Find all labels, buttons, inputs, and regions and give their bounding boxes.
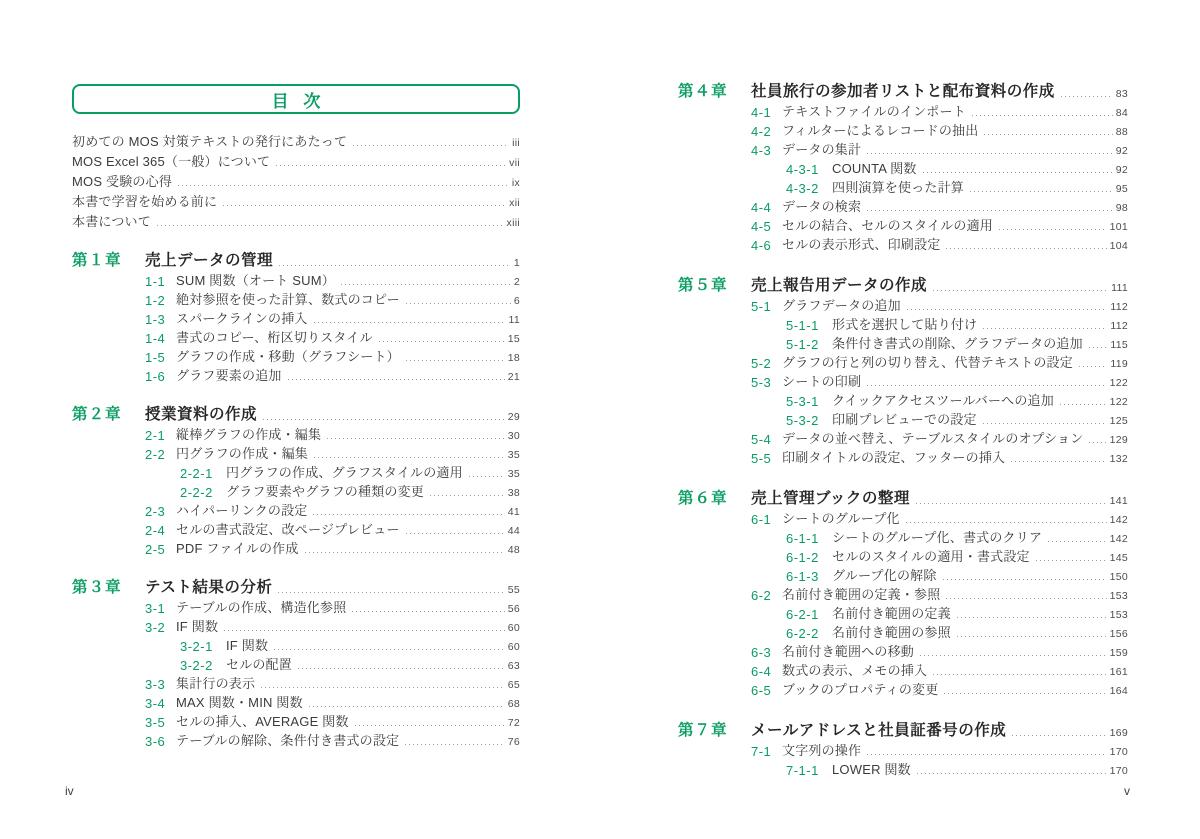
section-title: データの検索 [782, 196, 861, 215]
section-title: グラフの作成・移動（グラフシート） [176, 346, 400, 365]
toc-section-row: 7-1文字列の操作170 [678, 740, 1128, 759]
section-title: 印刷タイトルの設定、フッターの挿入 [782, 447, 1005, 466]
section-number: 1-4 [145, 331, 176, 346]
section-title: IF 関数 [176, 616, 218, 635]
chapter-number-label: 第１章 [72, 248, 145, 270]
section-number: 2-4 [145, 523, 176, 538]
dot-leader [406, 360, 505, 361]
section-title: セルの表示形式、印刷設定 [782, 234, 940, 253]
page-ref: 122 [1110, 396, 1128, 408]
toc-subsection-row: 2-2-2グラフ要素やグラフの種類の変更38 [72, 481, 520, 500]
section-title: ブックのプロパティの変更 [782, 679, 938, 698]
toc-subsection-row: 5-3-1クイックアクセスツールバーへの追加122 [678, 390, 1128, 409]
page-ref: 30 [508, 430, 520, 442]
page-ref: 83 [1116, 88, 1128, 100]
section-title: IF 関数 [226, 635, 268, 654]
dot-leader [1079, 366, 1107, 367]
toc-subsection-row: 6-1-3グループ化の解除150 [678, 565, 1128, 584]
dot-leader [867, 754, 1106, 755]
dot-leader [984, 134, 1112, 135]
page-ref: 141 [1110, 495, 1128, 507]
section-number: 1-1 [145, 274, 176, 289]
page-ref: 35 [508, 449, 520, 461]
section-title: MAX 関数・MIN 関数 [176, 692, 303, 711]
page-ref: 65 [508, 679, 520, 691]
section-title: テキストファイルのインポート [782, 101, 966, 120]
section-number: 6-2-2 [786, 626, 832, 641]
page-ref: 142 [1110, 533, 1128, 545]
toc-section-row: 6-1シートのグループ化142 [678, 508, 1128, 527]
page-ref: 63 [508, 660, 520, 672]
dot-leader [352, 611, 504, 612]
section-title: テーブルの作成、構造化参照 [176, 597, 346, 616]
section-number: 5-2 [751, 356, 782, 371]
section-number: 3-1 [145, 601, 176, 616]
section-title: COUNTA 関数 [832, 158, 917, 177]
toc-chapter-heading: 第１章売上データの管理1 [72, 248, 520, 270]
toc-page-right: 第４章社員旅行の参加者リストと配布資料の作成834-1テキストファイルのインポー… [678, 79, 1128, 778]
toc-chapter-block: 第７章メールアドレスと社員証番号の作成1697-1文字列の操作1707-1-1L… [678, 718, 1128, 778]
page-ref: 164 [1110, 685, 1128, 697]
page-ref: iii [512, 137, 520, 149]
toc-title-box: 目 次 [72, 84, 520, 114]
section-number: 6-3 [751, 645, 782, 660]
dot-leader [923, 172, 1113, 173]
section-title: データの集計 [782, 139, 861, 158]
toc-section-row: 3-2IF 関数60 [72, 616, 520, 635]
toc-subsection-row: 6-1-1シートのグループ化、書式のクリア142 [678, 527, 1128, 546]
dot-leader [406, 303, 511, 304]
dot-leader [920, 655, 1107, 656]
section-title: LOWER 関数 [832, 759, 911, 778]
toc-chapter-block: 第４章社員旅行の参加者リストと配布資料の作成834-1テキストファイルのインポー… [678, 79, 1128, 253]
dot-leader [157, 225, 504, 226]
page-ref: 153 [1110, 609, 1128, 621]
page-ref: 84 [1116, 107, 1128, 119]
toc-chapter-block: 第３章テスト結果の分析553-1テーブルの作成、構造化参照563-2IF 関数6… [72, 575, 520, 749]
page-ref: 15 [508, 333, 520, 345]
section-title: テーブルの解除、条件付き書式の設定 [176, 730, 399, 749]
dot-leader [1089, 347, 1108, 348]
dot-leader [469, 476, 505, 477]
section-title: グループ化の解除 [832, 565, 937, 584]
toc-section-row: 5-2グラフの行と列の切り替え、代替テキストの設定119 [678, 352, 1128, 371]
page-ref: 150 [1110, 571, 1128, 583]
section-number: 4-3 [751, 143, 782, 158]
section-title: グラフの行と列の切り替え、代替テキストの設定 [782, 352, 1073, 371]
page-ref: 115 [1110, 339, 1128, 351]
dot-leader [327, 438, 505, 439]
page-ref: 92 [1116, 164, 1128, 176]
section-title: スパークラインの挿入 [176, 308, 308, 327]
dot-leader [263, 419, 505, 420]
section-title: クイックアクセスツールバーへの追加 [832, 390, 1054, 409]
section-number: 3-2 [145, 620, 176, 635]
page-ref: 156 [1110, 628, 1128, 640]
section-number: 4-3-1 [786, 162, 832, 177]
toc-section-row: 2-4セルの書式設定、改ページプレビュー44 [72, 519, 520, 538]
toc-chapter-heading: 第５章売上報告用データの作成111 [678, 273, 1128, 295]
page-ref: 76 [508, 736, 520, 748]
dot-leader [1036, 560, 1107, 561]
section-number: 3-5 [145, 715, 176, 730]
page-ref: 56 [508, 603, 520, 615]
section-number: 5-1 [751, 299, 782, 314]
section-title: 名前付き範囲の定義 [832, 603, 951, 622]
toc-section-row: 5-4データの並べ替え、テーブルスタイルのオプション129 [678, 428, 1128, 447]
toc-subsection-row: 6-2-2名前付き範囲の参照156 [678, 622, 1128, 641]
page-ref: 44 [508, 525, 520, 537]
section-number: 6-1-3 [786, 569, 832, 584]
page-number-right: v [1124, 784, 1130, 798]
section-number: 5-1-2 [786, 337, 832, 352]
section-title: シートのグループ化 [782, 508, 900, 527]
section-title: 名前付き範囲の定義・参照 [782, 584, 940, 603]
section-title: 絶対参照を使った計算、数式のコピー [176, 289, 400, 308]
chapter-number-label: 第６章 [678, 486, 751, 508]
page-ref: 112 [1110, 301, 1128, 313]
page-ref: 129 [1110, 434, 1128, 446]
chapter-title: 社員旅行の参加者リストと配布資料の作成 [751, 79, 1055, 101]
page-ref: 18 [508, 352, 520, 364]
page-ref: 92 [1116, 145, 1128, 157]
dot-leader [405, 744, 504, 745]
front-matter-title: MOS Excel 365（一般）について [72, 151, 270, 170]
toc-subsection-row: 5-1-1形式を選択して貼り付け112 [678, 314, 1128, 333]
section-title: フィルターによるレコードの抽出 [782, 120, 978, 139]
page-ref: 55 [508, 584, 520, 596]
section-title: セルの結合、セルのスタイルの適用 [782, 215, 993, 234]
section-number: 5-3-1 [786, 394, 832, 409]
dot-leader [867, 385, 1106, 386]
page-ref: 6 [514, 295, 520, 307]
section-number: 3-2-1 [180, 639, 226, 654]
toc-subsection-row: 3-2-1IF 関数60 [72, 635, 520, 654]
toc-section-row: 2-5PDF ファイルの作成48 [72, 538, 520, 557]
page-ref: 38 [508, 487, 520, 499]
front-matter-item: 本書で学習を始める前にxii [72, 190, 520, 210]
dot-leader [276, 165, 506, 166]
toc-section-row: 5-3シートの印刷122 [678, 371, 1128, 390]
dot-leader [972, 115, 1113, 116]
dot-leader [933, 290, 1108, 291]
dot-leader [957, 636, 1107, 637]
section-number: 2-1 [145, 428, 176, 443]
section-number: 4-6 [751, 238, 782, 253]
page-ref: 60 [508, 622, 520, 634]
section-title: 名前付き範囲への移動 [782, 641, 914, 660]
page-ref: 11 [509, 314, 521, 326]
section-number: 6-1 [751, 512, 782, 527]
toc-section-row: 5-5印刷タイトルの設定、フッターの挿入132 [678, 447, 1128, 466]
section-title: セルの配置 [226, 654, 292, 673]
section-number: 6-1-2 [786, 550, 832, 565]
front-matter-item: 本書についてxiii [72, 210, 520, 230]
section-title: 条件付き書式の削除、グラフデータの追加 [832, 333, 1083, 352]
section-number: 1-5 [145, 350, 176, 365]
section-number: 4-2 [751, 124, 782, 139]
page-ref: ix [512, 177, 520, 189]
dot-leader [379, 341, 505, 342]
section-title: セルのスタイルの適用・書式設定 [832, 546, 1030, 565]
section-number: 4-1 [751, 105, 782, 120]
dot-leader [1011, 461, 1106, 462]
section-title: セルの挿入、AVERAGE 関数 [176, 711, 349, 730]
section-number: 7-1 [751, 744, 782, 759]
section-title: グラフデータの追加 [782, 295, 901, 314]
dot-leader [1060, 404, 1107, 405]
page-ref: 68 [508, 698, 520, 710]
section-number: 6-5 [751, 683, 782, 698]
page-ref: 29 [508, 411, 520, 423]
chapter-list-left: 第１章売上データの管理11-1SUM 関数（オート SUM）21-2絶対参照を使… [72, 248, 520, 749]
toc-section-row: 4-6セルの表示形式、印刷設定104 [678, 234, 1128, 253]
page-ref: 125 [1110, 415, 1128, 427]
section-title: データの並べ替え、テーブルスタイルのオプション [782, 428, 1083, 447]
toc-subsection-row: 2-2-1円グラフの作成、グラフスタイルの適用35 [72, 462, 520, 481]
toc-section-row: 6-2名前付き範囲の定義・参照153 [678, 584, 1128, 603]
section-title: 書式のコピー、桁区切りスタイル [176, 327, 373, 346]
section-title: 円グラフの作成・編集 [176, 443, 308, 462]
chapter-number-label: 第５章 [678, 273, 751, 295]
dot-leader [999, 229, 1107, 230]
dot-leader [983, 423, 1107, 424]
dot-leader [224, 630, 505, 631]
page-ref: 60 [508, 641, 520, 653]
chapter-number-label: 第７章 [678, 718, 751, 740]
section-title: ハイパーリンクの設定 [176, 500, 307, 519]
section-title: 形式を選択して貼り付け [832, 314, 977, 333]
dot-leader [178, 185, 509, 186]
front-matter-title: 初めての MOS 対策テキストの発行にあたって [72, 131, 347, 150]
section-title: シートのグループ化、書式のクリア [832, 527, 1042, 546]
dot-leader [223, 205, 506, 206]
dot-leader [314, 322, 506, 323]
front-matter-list: 初めての MOS 対策テキストの発行にあたってiiiMOS Excel 365（… [72, 130, 520, 230]
toc-section-row: 6-4数式の表示、メモの挿入161 [678, 660, 1128, 679]
page-ref: 119 [1110, 358, 1128, 370]
section-title: PDF ファイルの作成 [176, 538, 299, 557]
section-number: 1-3 [145, 312, 176, 327]
dot-leader [983, 328, 1107, 329]
toc-section-row: 6-3名前付き範囲への移動159 [678, 641, 1128, 660]
toc-page-left: 目 次 初めての MOS 対策テキストの発行にあたってiiiMOS Excel … [72, 84, 520, 749]
chapter-title: テスト結果の分析 [145, 575, 272, 597]
toc-chapter-block: 第６章売上管理ブックの整理1416-1シートのグループ化1426-1-1シートの… [678, 486, 1128, 698]
dot-leader [313, 514, 504, 515]
section-number: 4-4 [751, 200, 782, 215]
section-number: 5-5 [751, 451, 782, 466]
front-matter-item: MOS 受験の心得ix [72, 170, 520, 190]
section-number: 5-4 [751, 432, 782, 447]
toc-section-row: 1-3スパークラインの挿入11 [72, 308, 520, 327]
toc-section-row: 2-3ハイパーリンクの設定41 [72, 500, 520, 519]
toc-section-row: 1-6グラフ要素の追加21 [72, 365, 520, 384]
section-title: 集計行の表示 [176, 673, 255, 692]
toc-section-row: 2-1縦棒グラフの作成・編集30 [72, 424, 520, 443]
toc-section-row: 3-1テーブルの作成、構造化参照56 [72, 597, 520, 616]
page-ref: 161 [1110, 666, 1128, 678]
section-title: 印刷プレビューでの設定 [832, 409, 977, 428]
toc-section-row: 5-1グラフデータの追加112 [678, 295, 1128, 314]
page-ref: 98 [1116, 202, 1128, 214]
chapter-list-right: 第４章社員旅行の参加者リストと配布資料の作成834-1テキストファイルのインポー… [678, 79, 1128, 778]
dot-leader [917, 773, 1107, 774]
toc-chapter-block: 第１章売上データの管理11-1SUM 関数（オート SUM）21-2絶対参照を使… [72, 248, 520, 384]
toc-subsection-row: 4-3-2四則演算を使った計算95 [678, 177, 1128, 196]
page-ref: 41 [508, 506, 520, 518]
section-title: 文字列の操作 [782, 740, 861, 759]
chapter-title: 売上報告用データの作成 [751, 273, 927, 295]
page-ref: 72 [508, 717, 520, 729]
section-number: 5-3 [751, 375, 782, 390]
section-title: シートの印刷 [782, 371, 861, 390]
toc-section-row: 3-5セルの挿入、AVERAGE 関数72 [72, 711, 520, 730]
page-ref: 142 [1110, 514, 1128, 526]
section-number: 5-1-1 [786, 318, 832, 333]
toc-subsection-row: 6-2-1名前付き範囲の定義153 [678, 603, 1128, 622]
dot-leader [278, 592, 504, 593]
toc-subsection-row: 4-3-1COUNTA 関数92 [678, 158, 1128, 177]
toc-section-row: 3-4MAX 関数・MIN 関数68 [72, 692, 520, 711]
section-title: 数式の表示、メモの挿入 [782, 660, 927, 679]
toc-section-row: 2-2円グラフの作成・編集35 [72, 443, 520, 462]
dot-leader [946, 598, 1106, 599]
toc-section-row: 1-4書式のコピー、桁区切りスタイル15 [72, 327, 520, 346]
toc-section-row: 4-1テキストファイルのインポート84 [678, 101, 1128, 120]
section-title: SUM 関数（オート SUM） [176, 270, 335, 289]
page-ref: 101 [1110, 221, 1128, 233]
section-number: 2-5 [145, 542, 176, 557]
section-number: 2-2 [145, 447, 176, 462]
page-ref: 153 [1110, 590, 1128, 602]
section-title: 四則演算を使った計算 [832, 177, 964, 196]
chapter-title: 売上管理ブックの整理 [751, 486, 910, 508]
section-number: 6-2-1 [786, 607, 832, 622]
toc-section-row: 4-4データの検索98 [678, 196, 1128, 215]
dot-leader [353, 145, 509, 146]
section-number: 2-3 [145, 504, 176, 519]
toc-chapter-heading: 第３章テスト結果の分析55 [72, 575, 520, 597]
section-title: 名前付き範囲の参照 [832, 622, 951, 641]
page-ref: 111 [1111, 282, 1128, 294]
dot-leader [274, 649, 505, 650]
dot-leader [279, 265, 511, 266]
toc-section-row: 4-2フィルターによるレコードの抽出88 [678, 120, 1128, 139]
page-ref: 112 [1110, 320, 1128, 332]
dot-leader [1089, 442, 1106, 443]
section-title: 縦棒グラフの作成・編集 [176, 424, 321, 443]
page-ref: 145 [1110, 552, 1128, 564]
dot-leader [957, 617, 1107, 618]
page-ref: 88 [1116, 126, 1128, 138]
page-ref: 169 [1110, 727, 1128, 739]
dot-leader [944, 693, 1106, 694]
dot-leader [430, 495, 505, 496]
dot-leader [943, 579, 1107, 580]
dot-leader [867, 153, 1113, 154]
section-number: 6-4 [751, 664, 782, 679]
section-number: 4-5 [751, 219, 782, 234]
toc-chapter-heading: 第２章授業資料の作成29 [72, 402, 520, 424]
page-ref: 1 [514, 257, 520, 269]
dot-leader [867, 210, 1113, 211]
toc-chapter-block: 第５章売上報告用データの作成1115-1グラフデータの追加1125-1-1形式を… [678, 273, 1128, 466]
dot-leader [314, 457, 505, 458]
toc-section-row: 4-3データの集計92 [678, 139, 1128, 158]
dot-leader [946, 248, 1106, 249]
dot-leader [355, 725, 505, 726]
page-ref: 21 [508, 371, 520, 383]
chapter-title: 売上データの管理 [145, 248, 273, 270]
section-title: グラフ要素の追加 [176, 365, 282, 384]
section-number: 3-3 [145, 677, 176, 692]
dot-leader [933, 674, 1106, 675]
section-number: 7-1-1 [786, 763, 832, 778]
section-number: 1-2 [145, 293, 176, 308]
page-ref: 159 [1110, 647, 1128, 659]
dot-leader [288, 379, 505, 380]
dot-leader [1012, 735, 1106, 736]
chapter-number-label: 第２章 [72, 402, 145, 424]
section-number: 4-3-2 [786, 181, 832, 196]
front-matter-item: MOS Excel 365（一般）についてvii [72, 150, 520, 170]
dot-leader [970, 191, 1113, 192]
chapter-number-label: 第３章 [72, 575, 145, 597]
section-number: 5-3-2 [786, 413, 832, 428]
dot-leader [305, 552, 505, 553]
toc-subsection-row: 5-1-2条件付き書式の削除、グラフデータの追加115 [678, 333, 1128, 352]
section-title: 円グラフの作成、グラフスタイルの適用 [226, 462, 463, 481]
dot-leader [1061, 96, 1113, 97]
chapter-title: メールアドレスと社員証番号の作成 [751, 718, 1006, 740]
dot-leader [298, 668, 505, 669]
dot-leader [907, 309, 1108, 310]
dot-leader [906, 522, 1107, 523]
front-matter-title: MOS 受験の心得 [72, 171, 172, 190]
page-ref: 170 [1110, 765, 1128, 777]
toc-section-row: 3-6テーブルの解除、条件付き書式の設定76 [72, 730, 520, 749]
page-ref: 104 [1110, 240, 1128, 252]
page-ref: 170 [1110, 746, 1128, 758]
toc-chapter-heading: 第４章社員旅行の参加者リストと配布資料の作成83 [678, 79, 1128, 101]
front-matter-title: 本書について [72, 211, 151, 230]
section-number: 6-1-1 [786, 531, 832, 546]
toc-section-row: 1-1SUM 関数（オート SUM）2 [72, 270, 520, 289]
page-number-left: iv [65, 784, 74, 798]
toc-chapter-block: 第２章授業資料の作成292-1縦棒グラフの作成・編集302-2円グラフの作成・編… [72, 402, 520, 557]
section-number: 3-2-2 [180, 658, 226, 673]
dot-leader [406, 533, 505, 534]
toc-subsection-row: 7-1-1LOWER 関数170 [678, 759, 1128, 778]
toc-chapter-heading: 第７章メールアドレスと社員証番号の作成169 [678, 718, 1128, 740]
toc-section-row: 6-5ブックのプロパティの変更164 [678, 679, 1128, 698]
dot-leader [916, 503, 1107, 504]
section-title: グラフ要素やグラフの種類の変更 [226, 481, 424, 500]
page-ref: 95 [1116, 183, 1128, 195]
dot-leader [341, 284, 511, 285]
chapter-title: 授業資料の作成 [145, 402, 257, 424]
toc-section-row: 4-5セルの結合、セルのスタイルの適用101 [678, 215, 1128, 234]
page-ref: 2 [514, 276, 520, 288]
toc-subsection-row: 5-3-2印刷プレビューでの設定125 [678, 409, 1128, 428]
page-ref: vii [509, 157, 520, 169]
toc-title: 目 次 [267, 87, 326, 112]
dot-leader [261, 687, 505, 688]
dot-leader [309, 706, 505, 707]
section-number: 1-6 [145, 369, 176, 384]
section-title: セルの書式設定、改ページプレビュー [176, 519, 400, 538]
